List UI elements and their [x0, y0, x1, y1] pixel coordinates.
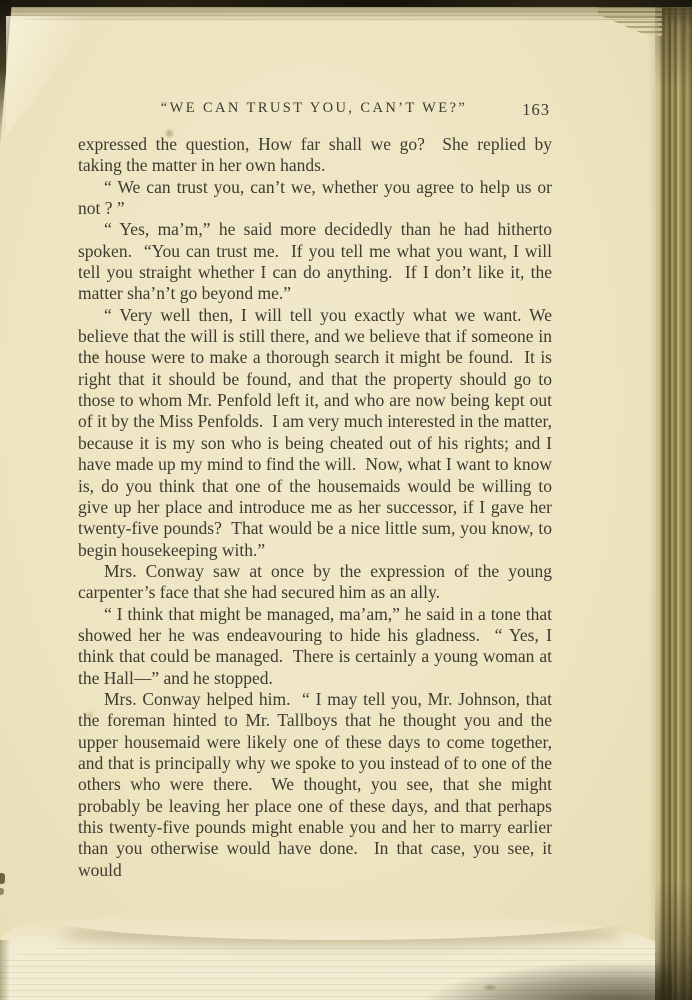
paragraph: “ Very well then, I will tell you exactl…: [78, 305, 552, 561]
paragraph: “ I think that might be managed, ma’am,”…: [78, 604, 552, 689]
page-header: “WE CAN TRUST YOU, CAN’T WE?” 163: [78, 100, 550, 122]
top-edge-shadow: [0, 0, 692, 7]
running-head-title: “WE CAN TRUST YOU, CAN’T WE?”: [161, 100, 467, 116]
fore-edge-stripes: [655, 0, 692, 1000]
paragraph: expressed the question, How far shall we…: [78, 134, 552, 177]
top-edge-soft-shadow: [0, 7, 692, 21]
page-right-edge-shade: [648, 20, 658, 940]
text-block: expressed the question, How far shall we…: [78, 134, 552, 881]
left-edge-mark: [0, 873, 5, 884]
left-edge-mark: [0, 888, 4, 895]
paragraph: Mrs. Conway helped him. “ I may tell you…: [78, 689, 552, 881]
paragraph: Mrs. Conway saw at once by the expressio…: [78, 561, 552, 604]
book-page-scan: “WE CAN TRUST YOU, CAN’T WE?” 163 expres…: [0, 0, 692, 1000]
smudge: [482, 984, 498, 991]
page-bottom-curve-shadow: [50, 896, 632, 940]
paragraph: “ Yes, ma’m,” he said more decidedly tha…: [78, 219, 552, 304]
paragraph: “ We can trust you, can’t we, whether yo…: [78, 177, 552, 220]
bottom-left-edge-shade: [0, 940, 10, 1000]
page-number: 163: [522, 100, 550, 120]
bottom-right-shadow: [422, 962, 672, 1000]
